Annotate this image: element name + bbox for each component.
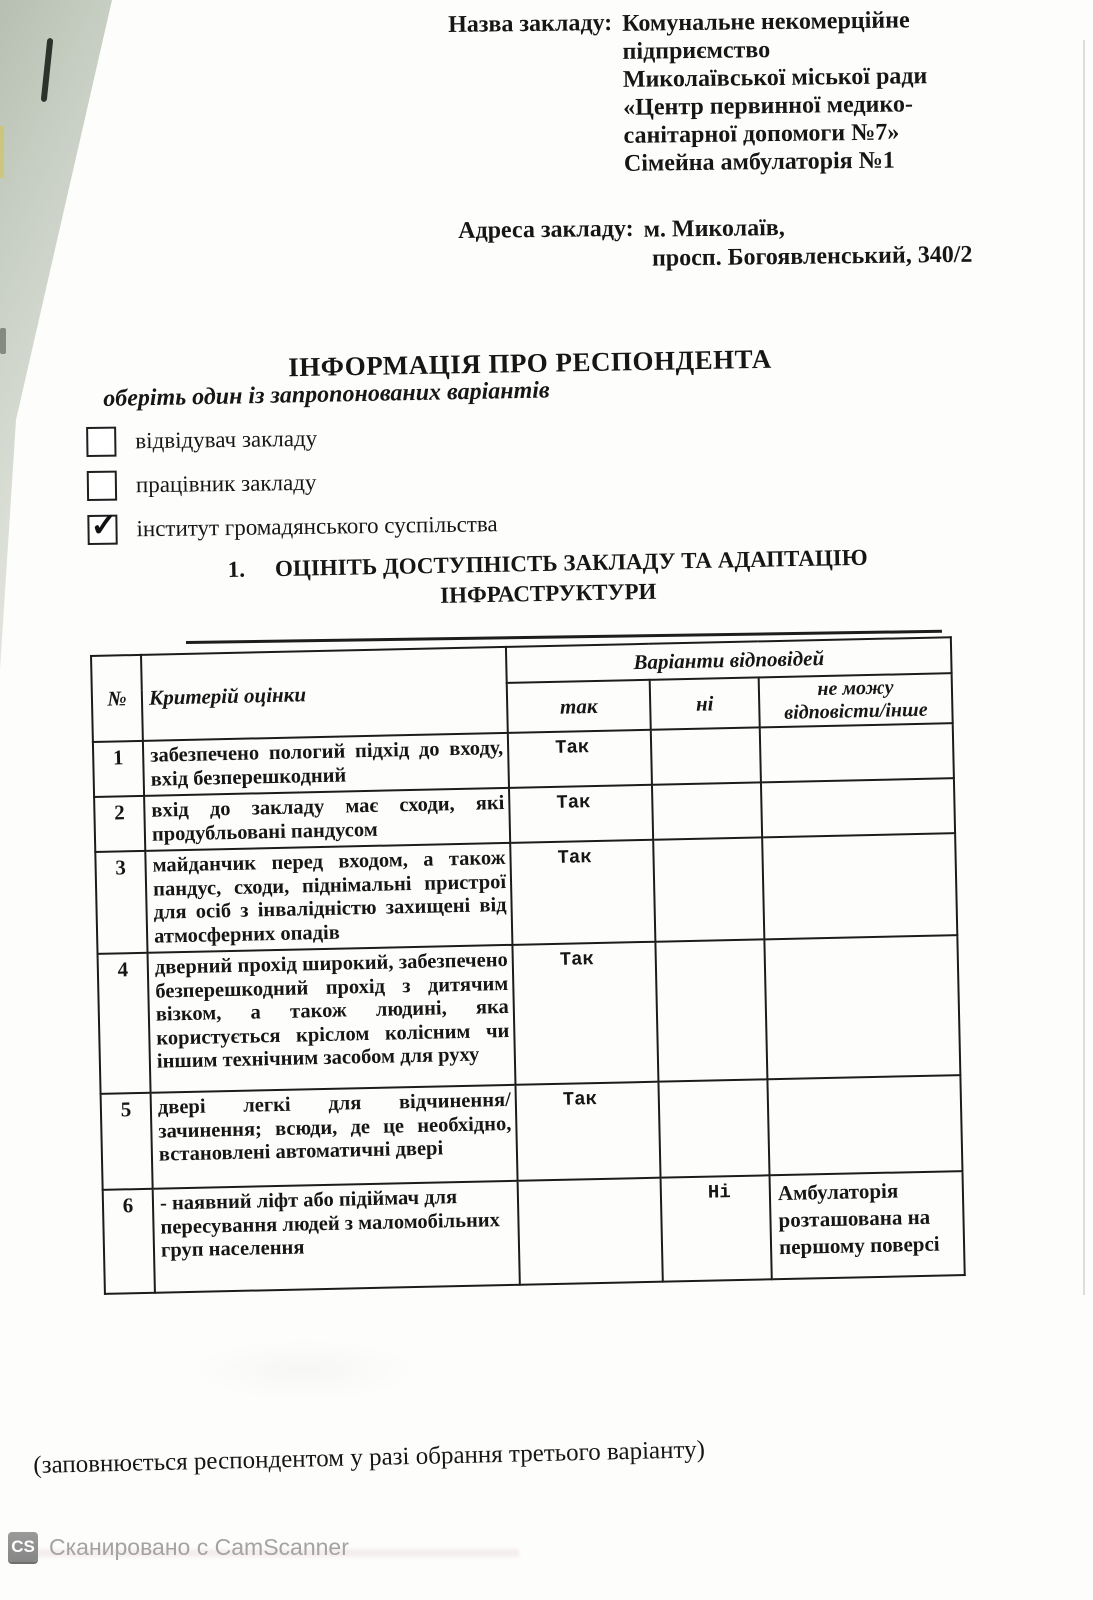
facility-name-line: Сімейна амбулаторія №1	[624, 146, 929, 178]
facility-address-line: м. Миколаїв,	[643, 212, 972, 245]
table-row: 6 - наявний ліфт або підіймач для пересу…	[103, 1171, 965, 1294]
answer-no	[653, 837, 764, 941]
facility-name-line: «Центр первинної медико-	[623, 90, 928, 122]
answer-other	[762, 833, 957, 939]
section-heading: 1.ОЦІНІТЬ ДОСТУПНІСТЬ ЗАКЛАДУ ТА АДАПТАЦ…	[175, 542, 921, 616]
scan-edge-mark	[0, 328, 6, 354]
table-row: 3 майданчик перед входом, а також пандус…	[95, 833, 957, 954]
option-label: інститут громадянського суспільства	[136, 511, 497, 542]
footnote: (заповнюється респондентом у разі обранн…	[33, 1436, 705, 1480]
answer-other	[764, 935, 960, 1079]
camscanner-logo: CS	[8, 1532, 38, 1562]
facility-address-label: Адреса закладу:	[458, 216, 634, 276]
col-header-yes: так	[507, 680, 651, 733]
facility-address-value: м. Миколаїв, просп. Богоявленський, 340/…	[643, 212, 972, 274]
facility-name-value: Комунальне некомерційне підприємство Мик…	[622, 6, 928, 178]
checkbox-employee: ✓	[87, 471, 117, 501]
table-row: 5 двері легкі для відчинення/зачинення; …	[101, 1075, 963, 1190]
option-label: відвідувач закладу	[135, 426, 317, 455]
table-row: 4 дверний прохід широкий, забезпечено бе…	[98, 935, 961, 1094]
col-header-criteria: Критерій оцінки	[141, 647, 508, 741]
col-header-other: не можу відповісти/інше	[759, 673, 953, 727]
scan-page-edge	[1083, 40, 1085, 1295]
scanned-page: { "colors": { "ink": "#161616", "waterma…	[0, 0, 1093, 1600]
answer-no	[651, 727, 761, 784]
section-number: 1.	[228, 557, 246, 582]
answer-no	[655, 939, 767, 1081]
answer-yes: Так	[508, 730, 652, 788]
option-visitor: ✓ відвідувач закладу	[86, 414, 497, 464]
col-header-no: ні	[650, 677, 760, 729]
answer-no	[658, 1079, 769, 1177]
answer-no: Ні	[661, 1175, 772, 1281]
answer-yes: Так	[512, 942, 658, 1085]
answer-other	[761, 778, 955, 837]
scan-smudge	[195, 1340, 415, 1400]
facility-name-line: підприємство	[622, 34, 927, 66]
facility-name-line: Миколаївської міської ради	[623, 62, 928, 94]
checkbox-civil-society: ✓	[87, 515, 117, 545]
facility-address-line: просп. Богоявленський, 340/2	[652, 241, 973, 274]
answer-other	[767, 1075, 962, 1175]
option-employee: ✓ працівник закладу	[87, 458, 498, 508]
col-header-num: №	[91, 655, 143, 742]
facility-name-line: санітарної допомоги №7»	[623, 118, 928, 150]
camscanner-watermark: CS Сканировано с CamScanner	[8, 1532, 349, 1562]
facility-name-label: Назва закладу:	[448, 10, 614, 180]
answer-yes: Так	[515, 1082, 660, 1181]
scan-corner-artifact	[0, 0, 130, 690]
checkbox-visitor: ✓	[86, 427, 116, 457]
assessment-table: № Критерій оцінки Варіанти відповідей та…	[90, 636, 966, 1295]
facility-address-block: Адреса закладу: м. Миколаїв, просп. Бого…	[458, 212, 973, 276]
facility-name-block: Назва закладу: Комунальне некомерційне п…	[448, 6, 929, 180]
answer-other: Амбулаторія розташована на першому повер…	[770, 1171, 965, 1279]
answer-yes: Так	[510, 840, 655, 945]
answer-other	[760, 723, 954, 782]
facility-name-line: Комунальне некомерційне	[622, 6, 927, 38]
answer-no	[652, 782, 762, 839]
scan-edge-tint	[0, 126, 4, 178]
camscanner-watermark-text: Сканировано с CamScanner	[49, 1534, 349, 1561]
answer-yes: Так	[509, 785, 653, 843]
option-label: працівник закладу	[136, 470, 317, 499]
answer-yes	[518, 1178, 663, 1285]
respondent-options: ✓ відвідувач закладу ✓ працівник закладу…	[86, 414, 498, 552]
option-civil-society: ✓ інститут громадянського суспільства	[87, 502, 498, 552]
check-icon: ✓	[90, 509, 117, 541]
